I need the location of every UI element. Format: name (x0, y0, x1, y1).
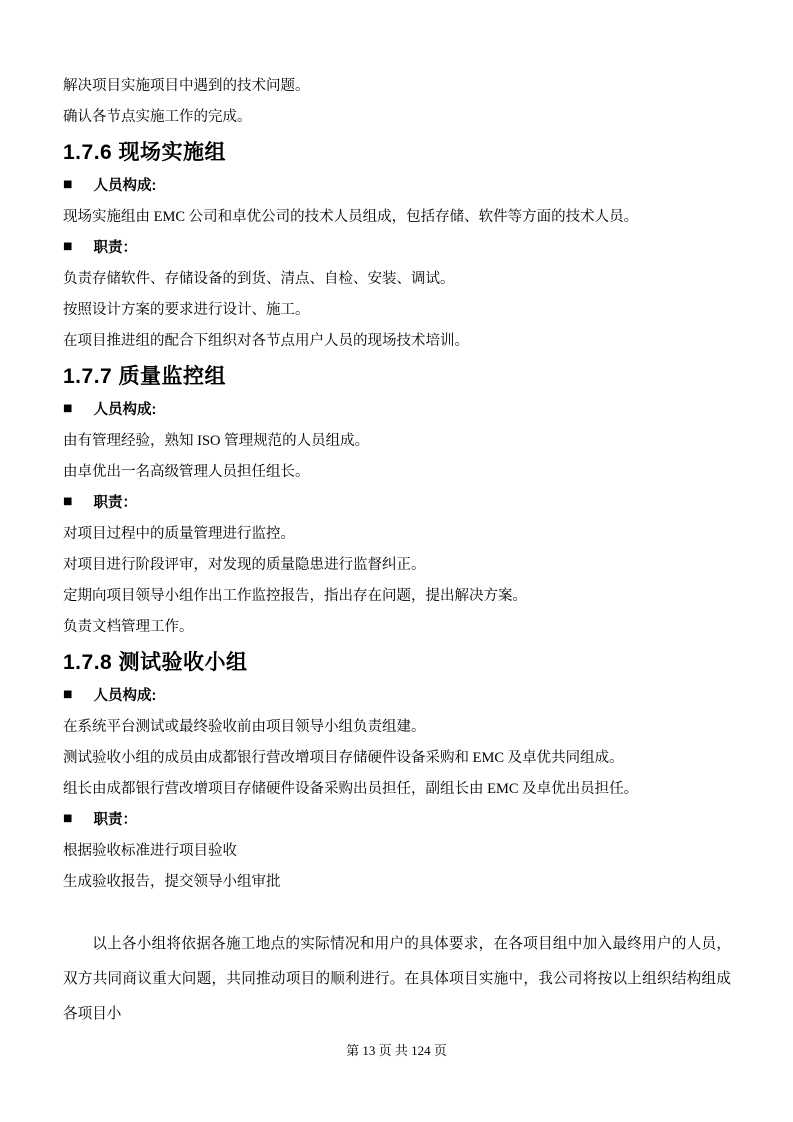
bullet-square-icon: ■ (63, 497, 72, 507)
bullet-square-icon: ■ (63, 180, 72, 190)
paragraph: 在系统平台测试或最终验收前由项目领导小组负责组建。 (63, 719, 731, 735)
paragraph: 由卓优出一名高级管理人员担任组长。 (63, 464, 731, 480)
bullet-item: ■ 职责： (63, 495, 731, 511)
paragraph: 确认各节点实施工作的完成。 (63, 109, 731, 125)
paragraph: 对项目进行阶段评审，对发现的质量隐患进行监督纠正。 (63, 557, 731, 573)
section-heading-1-7-8: 1.7.8 测试验收小组 (63, 650, 731, 675)
paragraph: 对项目过程中的质量管理进行监控。 (63, 526, 731, 542)
closing-paragraph: 以上各小组将依据各施工地点的实际情况和用户的具体要求，在各项目组中加入最终用户的… (63, 927, 731, 1032)
bullet-label: 职责： (93, 812, 137, 828)
bullet-label: 人员构成: (93, 688, 156, 704)
paragraph: 在项目推进组的配合下组织对各节点用户人员的现场技术培训。 (63, 333, 731, 349)
paragraph: 定期向项目领导小组作出工作监控报告，指出存在问题，提出解决方案。 (63, 588, 731, 604)
bullet-square-icon: ■ (63, 690, 72, 700)
paragraph: 测试验收小组的成员由成都银行营改增项目存储硬件设备采购和 EMC 及卓优共同组成… (63, 750, 731, 766)
bullet-item: ■ 职责： (63, 812, 731, 828)
bullet-label: 人员构成: (93, 402, 156, 418)
paragraph: 负责存储软件、存储设备的到货、清点、自检、安装、调试。 (63, 271, 731, 287)
document-page: 解决项目实施项目中遇到的技术问题。 确认各节点实施工作的完成。 1.7.6 现场… (0, 0, 793, 1122)
bullet-square-icon: ■ (63, 814, 72, 824)
bullet-item: ■ 人员构成: (63, 402, 731, 418)
bullet-label: 职责： (93, 495, 137, 511)
bullet-square-icon: ■ (63, 404, 72, 414)
bullet-square-icon: ■ (63, 242, 72, 252)
paragraph: 按照设计方案的要求进行设计、施工。 (63, 302, 731, 318)
paragraph: 由有管理经验，熟知 ISO 管理规范的人员组成。 (63, 433, 731, 449)
bullet-item: ■ 职责： (63, 240, 731, 256)
paragraph: 生成验收报告，提交领导小组审批 (63, 874, 731, 890)
paragraph: 负责文档管理工作。 (63, 619, 731, 635)
bullet-item: ■ 人员构成: (63, 688, 731, 704)
bullet-label: 人员构成: (93, 178, 156, 194)
bullet-item: ■ 人员构成: (63, 178, 731, 194)
page-footer: 第 13 页 共 124 页 (0, 1040, 793, 1059)
section-heading-1-7-7: 1.7.7 质量监控组 (63, 364, 731, 389)
bullet-label: 职责： (93, 240, 137, 256)
paragraph: 根据验收标准进行项目验收 (63, 843, 731, 859)
paragraph: 组长由成都银行营改增项目存储硬件设备采购出员担任，副组长由 EMC 及卓优出员担… (63, 781, 731, 797)
section-heading-1-7-6: 1.7.6 现场实施组 (63, 140, 731, 165)
paragraph: 现场实施组由 EMC 公司和卓优公司的技术人员组成，包括存储、软件等方面的技术人… (63, 209, 731, 225)
paragraph: 解决项目实施项目中遇到的技术问题。 (63, 78, 731, 94)
